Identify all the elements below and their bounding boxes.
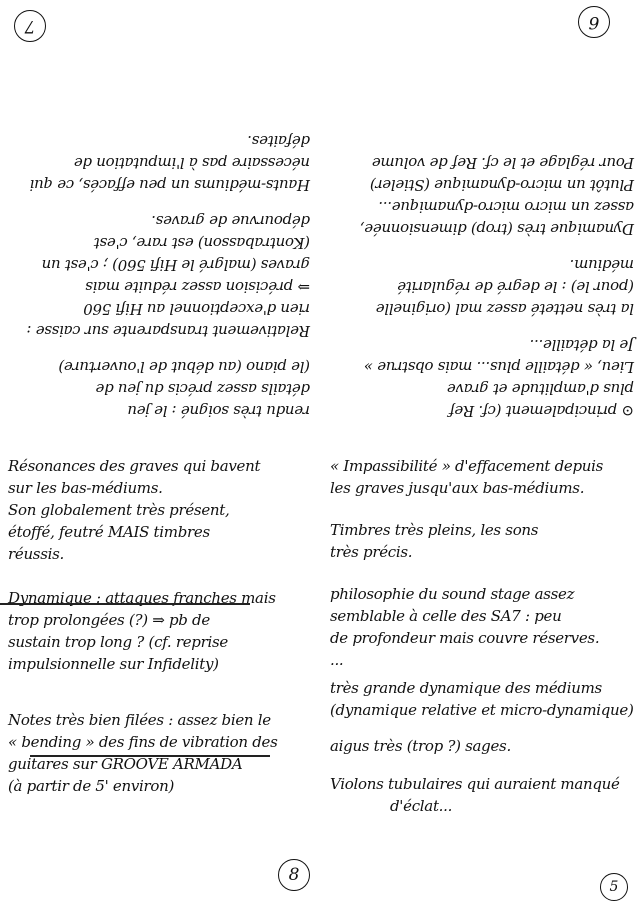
- block-dynamique-mediums: très grande dynamique des médiums (dynam…: [330, 677, 640, 721]
- divider: [30, 755, 270, 757]
- handwritten-line: « bending » des fins de vibration des: [8, 731, 320, 753]
- handwritten-line: impulsionnelle sur Infidelity): [8, 653, 320, 675]
- page-number-label: 6: [589, 12, 600, 32]
- handwritten-line: ...: [330, 649, 640, 671]
- handwritten-line: (à partir de 5' environ): [8, 775, 320, 797]
- block-timbres: Timbres très pleins, les sons très préci…: [330, 519, 640, 563]
- handwritten-line: sustain trop long ? (cf. reprise: [8, 631, 320, 653]
- block-dynamique: Dynamique : attaques franches mais trop …: [8, 587, 320, 675]
- handwritten-line: réussis.: [8, 543, 320, 565]
- block-resonances: Résonances des graves qui bavent sur les…: [8, 455, 320, 565]
- page-number-5: 5: [600, 873, 628, 901]
- block-violons: Violons tubulaires qui auraient manqué d…: [330, 773, 640, 817]
- handwritten-line: Notes très bien filées : assez bien le: [8, 709, 320, 731]
- handwritten-line: de profondeur mais couvre réserves.: [330, 627, 640, 649]
- handwritten-line: trop prolongées (?) ⇒ pb de: [8, 609, 320, 631]
- handwritten-line: étoffé, feutré MAIS timbres: [8, 521, 320, 543]
- handwritten-line: rien d'exceptionnel au Hifi 560: [10, 298, 310, 320]
- handwritten-line: semblable à celle des SA7 : peu: [330, 605, 640, 627]
- handwritten-line: Résonances des graves qui bavent: [8, 455, 320, 477]
- handwritten-line: très précis.: [330, 541, 640, 563]
- handwritten-line: « Impassibilité » d'effacement depuis: [330, 455, 640, 477]
- handwritten-line: plus d'amplitude et grave: [324, 378, 634, 400]
- top-left-quadrant: 7 rendu très soigné : le jeu détails ass…: [0, 0, 320, 440]
- handwritten-line: philosophie du sound stage assez: [330, 583, 640, 605]
- handwritten-line: Dynamique : attaques franches mais: [8, 587, 320, 609]
- handwritten-line: défaites.: [10, 130, 310, 152]
- handwritten-line: Hauts-médiums un peu effacés, ce qui: [10, 174, 310, 196]
- page-number-8: 8: [278, 859, 310, 891]
- page-number-6: 6: [578, 6, 610, 38]
- bottom-left-quadrant: Résonances des graves qui bavent sur les…: [0, 455, 320, 905]
- block-soundstage: philosophie du sound stage assez semblab…: [330, 583, 640, 671]
- handwritten-line: (pour le) : le degré de régularité: [324, 276, 634, 298]
- handwritten-line: les graves jusqu'aux bas-médiums.: [330, 477, 640, 499]
- page-number-label: 7: [25, 16, 36, 36]
- handwritten-line: la très netteté assez mal (originelle: [324, 298, 634, 320]
- handwritten-line: aigus très (trop ?) sages.: [330, 735, 640, 757]
- handwritten-line: Son globalement très présent,: [8, 499, 320, 521]
- handwritten-line: médium.: [324, 254, 634, 276]
- handwritten-line: (dynamique relative et micro-dynamique): [330, 699, 640, 721]
- handwritten-line: rendu très soigné : le jeu: [10, 400, 310, 422]
- block-notes: Notes très bien filées : assez bien le «…: [8, 709, 320, 797]
- divider: [0, 603, 250, 605]
- handwritten-line: Violons tubulaires qui auraient manqué: [330, 773, 640, 795]
- handwritten-line: sur les bas-médiums.: [8, 477, 320, 499]
- handwritten-line: d'éclat...: [330, 795, 640, 817]
- handwritten-line: détails assez précis du jeu de: [10, 378, 310, 400]
- handwritten-line: Pour réglage et le cf. Ref de volume: [324, 152, 634, 174]
- handwritten-line: Relativement transparente sur caisse :: [10, 320, 310, 342]
- handwritten-line: assez un micro micro-dynamique...: [324, 196, 634, 218]
- handwritten-line: Plutôt un micro-dynamique (Stieler): [324, 174, 634, 196]
- bottom-right-quadrant: « Impassibilité » d'effacement depuis le…: [330, 455, 640, 905]
- top-right-quadrant: 6 ⊙ principalement (cf. Ref plus d'ampli…: [320, 0, 640, 440]
- block-impassibilite: « Impassibilité » d'effacement depuis le…: [330, 455, 640, 499]
- handwritten-line: Je la détaille...: [324, 334, 634, 356]
- block-aigus: aigus très (trop ?) sages.: [330, 735, 640, 757]
- handwritten-line: graves (malgré le Hifi 560) ; c'est un: [10, 254, 310, 276]
- handwritten-line: Dynamique très (trop) dimensionnée,: [324, 218, 634, 240]
- handwritten-line: dépourvue de graves.: [10, 210, 310, 232]
- page-number-label: 5: [610, 879, 619, 895]
- handwritten-line: très grande dynamique des médiums: [330, 677, 640, 699]
- handwritten-line: nécessaire pas à l'imputation de: [10, 152, 310, 174]
- page-number-7: 7: [14, 10, 46, 42]
- handwritten-line: Timbres très pleins, les sons: [330, 519, 640, 541]
- page-number-label: 8: [289, 865, 300, 885]
- handwritten-line: (le piano (au début de l'ouverture): [10, 356, 310, 378]
- handwritten-line: Lieu, « détaille plus... mais obstrue »: [324, 356, 634, 378]
- handwritten-line: (Kontrabasson) est rare, c'est: [10, 232, 310, 254]
- handwritten-line: ⊙ principalement (cf. Ref: [324, 400, 634, 422]
- handwritten-line: ⇒ précision assez réduite mais: [10, 276, 310, 298]
